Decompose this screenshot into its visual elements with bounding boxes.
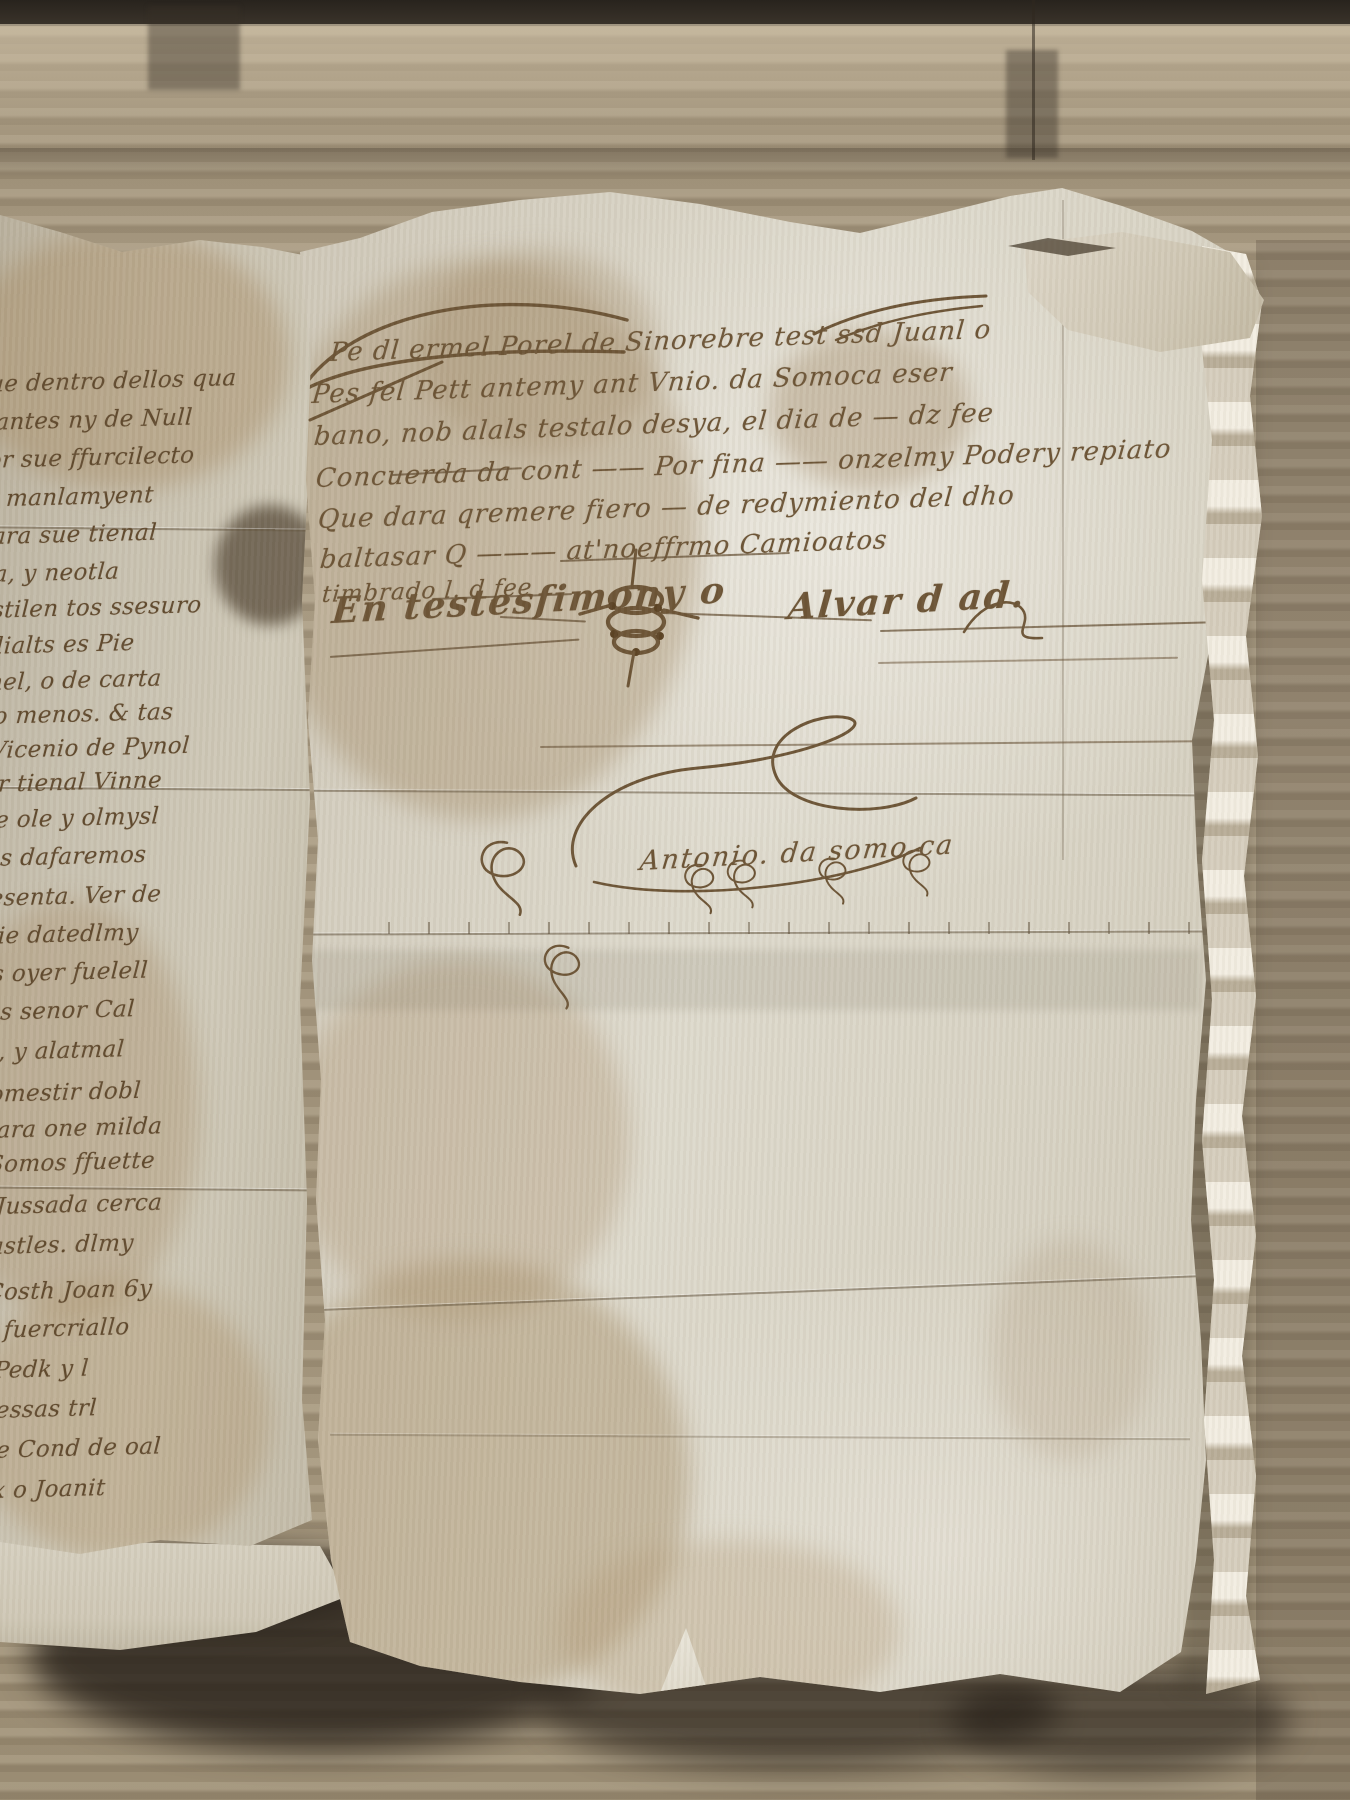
manuscript-line: ara sue tienal — [0, 520, 158, 550]
manuscript-line: manlamyent — [5, 482, 154, 512]
manuscript-line: es oyer fuelell — [0, 958, 149, 989]
manuscript-line: de ole y olmysl — [0, 803, 160, 834]
manuscript-line: astles. dlmy — [0, 1230, 135, 1260]
cardboard-right-shading — [1256, 240, 1350, 1800]
manuscript-line: tesenta. Ver de — [0, 881, 162, 912]
manuscript-line: to menos. & tas — [0, 699, 174, 730]
manuscript-line: Jussada cerca — [0, 1190, 163, 1220]
manuscript-line: nel, o de carta — [0, 665, 162, 696]
manuscript-line: estilen tos ssesuro — [0, 592, 202, 624]
manuscript-line: alialts es Pie — [0, 630, 135, 660]
manuscript-line: os senor Cal — [0, 996, 136, 1026]
manuscript-line: Pedk y l — [0, 1355, 90, 1384]
manuscript-line: lessas trl — [0, 1395, 98, 1424]
manuscript-line: x o Joanit — [0, 1475, 106, 1504]
pen-squiggle — [958, 588, 1048, 648]
manuscript-line: Somos ffuette — [0, 1148, 156, 1178]
pen-squiggle — [447, 835, 567, 925]
manuscript-line: e fuercriallo — [0, 1314, 130, 1344]
notarial-knot-icon — [578, 548, 702, 690]
manuscript-line: Vicenio de Pynol — [0, 733, 191, 764]
pen-squiggle — [521, 926, 603, 1029]
manuscript-line: Costh Joan 6y — [0, 1276, 153, 1306]
manuscript-line: la, y neotla — [0, 558, 120, 588]
manuscript-line: alie datedlmy — [0, 920, 139, 950]
manuscript-line: Para one milda — [0, 1113, 163, 1144]
manuscript-line: os dafaremos — [0, 842, 147, 872]
pen-squiggle — [716, 856, 772, 914]
manuscript-line: tomestir dobl — [0, 1078, 142, 1108]
manuscript-line: se Cond de oal — [0, 1433, 162, 1464]
ink-rule — [878, 657, 1178, 665]
stain — [990, 1240, 1150, 1460]
pen-squiggle — [892, 846, 946, 902]
box-flap-edge-shadow — [0, 148, 1350, 178]
fold-shadow-band — [310, 950, 1200, 1010]
pen-squiggle — [808, 854, 862, 910]
manuscript-line: o, y alatmal — [0, 1036, 125, 1066]
manuscript-line: er tienal Vinne — [0, 767, 163, 798]
cardboard-seam-line — [1032, 0, 1035, 160]
photo-canvas: que dentro dellos qua vantes ny de Null … — [0, 0, 1350, 1800]
flap-notch-shadow-left — [148, 6, 240, 90]
